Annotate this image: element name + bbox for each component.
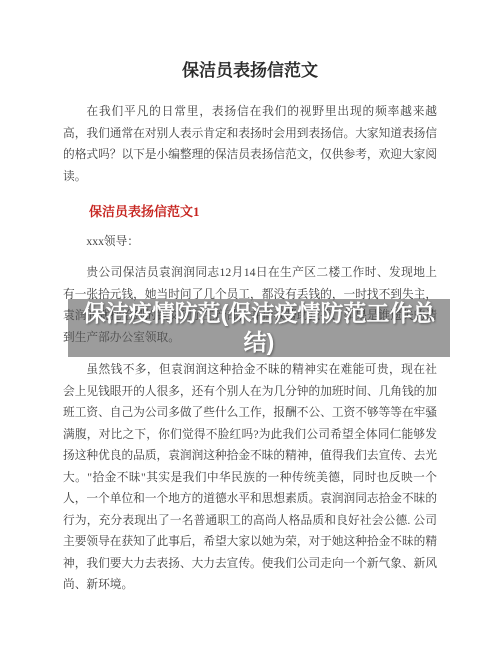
intro-paragraph: 在我们平凡的日常里，表扬信在我们的视野里出现的频率越来越高，我们通常在对别人表示… <box>63 101 437 187</box>
article-page: 保洁员表扬信范文 在我们平凡的日常里，表扬信在我们的视野里出现的频率越来越高，我… <box>0 0 500 647</box>
section-heading-sample1: 保洁员表扬信范文1 <box>63 201 437 223</box>
page-title: 保洁员表扬信范文 <box>0 0 500 84</box>
body-paragraph: 虽然钱不多，但袁润润这种拾金不昧的精神实在难能可贵，现在社会上见钱眼开的人很多，… <box>63 359 437 596</box>
salutation-line: xxx领导： <box>63 231 437 253</box>
related-article-overlay-link[interactable]: 保洁疫情防范(保洁疫情防范工作总结) <box>68 299 450 357</box>
